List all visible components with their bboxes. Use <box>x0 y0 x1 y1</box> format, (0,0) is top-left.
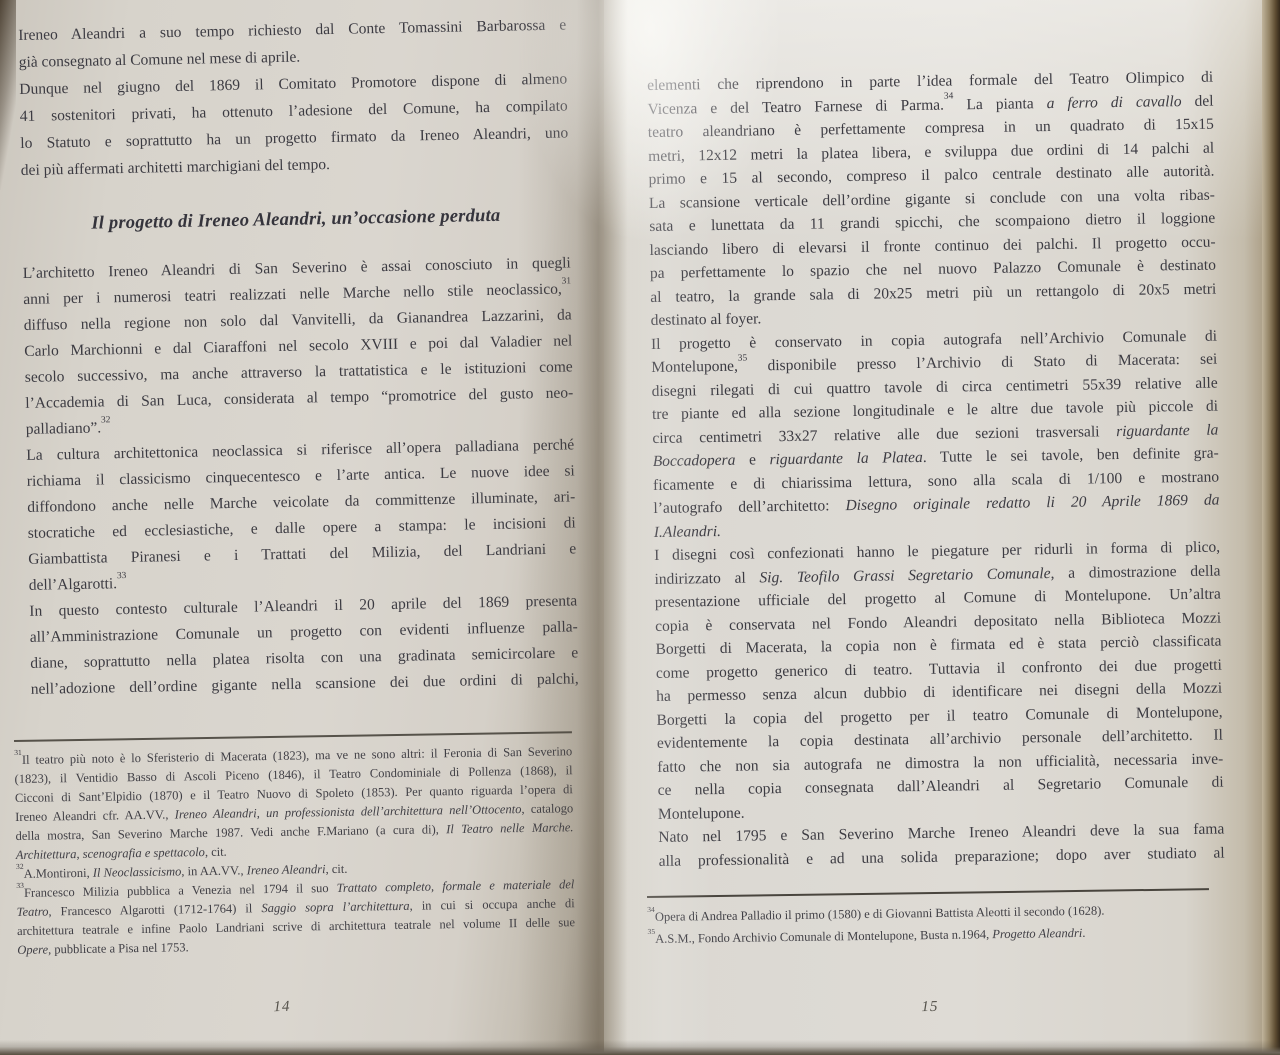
body-paragraphs: L’architetto Ireneo Aleandri di San Seve… <box>23 250 579 702</box>
left-page: Ireneo Aleandri a suo tempo richiesto da… <box>0 0 604 1055</box>
left-page-text-column: Ireneo Aleandri a suo tempo richiesto da… <box>18 11 579 702</box>
book-fore-edge <box>1262 0 1280 1055</box>
right-page-text-column: elementi che riprendono in parte l’idea … <box>647 66 1225 873</box>
footnote-rule <box>14 731 572 742</box>
left-footnotes: 31Il teatro più noto è lo Sferisterio di… <box>14 731 575 960</box>
footnote-rule <box>647 888 1209 898</box>
right-footnotes: 34Opera di Andrea Palladio il primo (158… <box>647 888 1210 950</box>
page-number-left: 14 <box>252 998 313 1017</box>
right-page: elementi che riprendono in parte l’idea … <box>604 0 1264 1055</box>
page-number-right: 15 <box>900 998 960 1016</box>
intro-paragraphs: Ireneo Aleandri a suo tempo richiesto da… <box>18 11 569 183</box>
background-corner <box>0 0 16 190</box>
book-photo: Ireneo Aleandri a suo tempo richiesto da… <box>0 0 1280 1055</box>
section-heading: Il progetto di Ireneo Aleandri, un’occas… <box>22 204 570 236</box>
book-bottom-edge <box>0 1040 1280 1055</box>
